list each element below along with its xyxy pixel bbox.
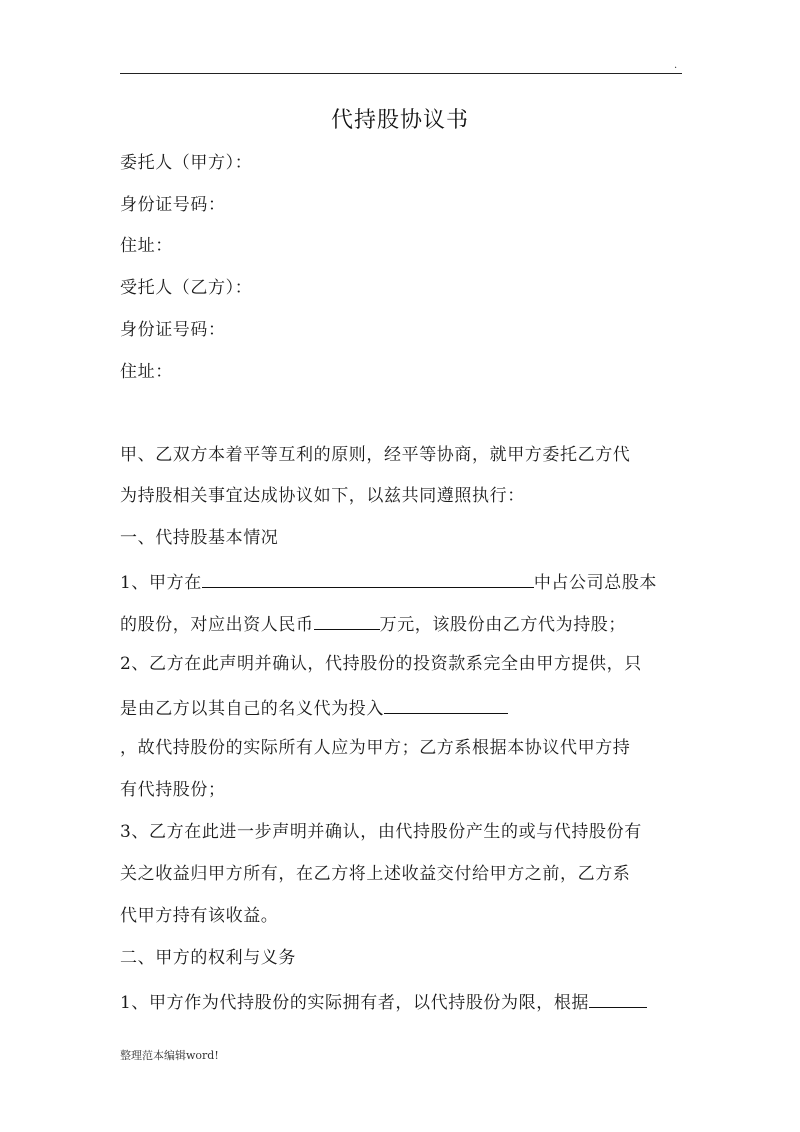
party-b-address-label: 住址： <box>120 362 173 382</box>
header-dot: . <box>674 60 677 71</box>
clause-1-2-line-3: ，故代持股份的实际所有人应为甲方；乙方系根据本协议代甲方持 <box>120 738 630 758</box>
clause-1-1-line-2: 的股份，对应出资人民币万元，该股份由乙方代为持股； <box>120 612 626 635</box>
footer-text: 整理范本编辑word! <box>120 1047 219 1063</box>
blank-amount <box>314 612 380 630</box>
header-rule <box>120 73 682 74</box>
document-title: 代持股协议书 <box>0 103 800 134</box>
preamble-line-2: 为持股相关事宜达成协议如下，以兹共同遵照执行： <box>120 486 525 506</box>
preamble-line-1: 甲、乙双方本着平等互利的原则，经平等协商，就甲方委托乙方代 <box>120 445 630 465</box>
clause-text: 万元，该股份由乙方代为持股； <box>380 615 626 635</box>
clause-1-3-line-2: 关之收益归甲方所有，在乙方将上述收益交付给甲方之前，乙方系 <box>120 864 630 884</box>
clause-1-3-line-1: 3、乙方在此进一步声明并确认，由代持股份产生的或与代持股份有 <box>120 822 642 842</box>
section-2-heading: 二、甲方的权利与义务 <box>120 948 296 968</box>
clause-1-1-line-1: 1、甲方在中占公司总股本 <box>120 570 657 593</box>
section-1-heading: 一、代持股基本情况 <box>120 528 278 548</box>
party-a-address-label: 住址： <box>120 236 173 256</box>
clause-text: 中占公司总股本 <box>534 573 657 593</box>
blank-investment-target <box>384 696 508 714</box>
clause-text: 1、甲方作为代持股份的实际拥有者，以代持股份为限，根据 <box>120 993 589 1013</box>
clause-2-1-line-1: 1、甲方作为代持股份的实际拥有者，以代持股份为限，根据 <box>120 990 647 1013</box>
clause-text: 1、甲方在 <box>120 573 202 593</box>
clause-1-2-line-4: 有代持股份； <box>120 780 226 800</box>
party-b-id-label: 身份证号码： <box>120 320 226 340</box>
clause-text: 是由乙方以其自己的名义代为投入 <box>120 699 384 719</box>
party-a-id-label: 身份证号码： <box>120 195 226 215</box>
blank-basis <box>589 990 647 1008</box>
clause-1-3-line-3: 代甲方持有该收益。 <box>120 906 278 926</box>
party-a-label: 委托人（甲方）： <box>120 153 252 173</box>
clause-text: 的股份，对应出资人民币 <box>120 615 314 635</box>
clause-1-2-line-1: 2、乙方在此声明并确认，代持股份的投资款系完全由甲方提供，只 <box>120 654 642 674</box>
party-b-label: 受托人（乙方）： <box>120 278 252 298</box>
clause-1-2-line-2: 是由乙方以其自己的名义代为投入 <box>120 696 508 719</box>
blank-company-name <box>202 570 534 588</box>
